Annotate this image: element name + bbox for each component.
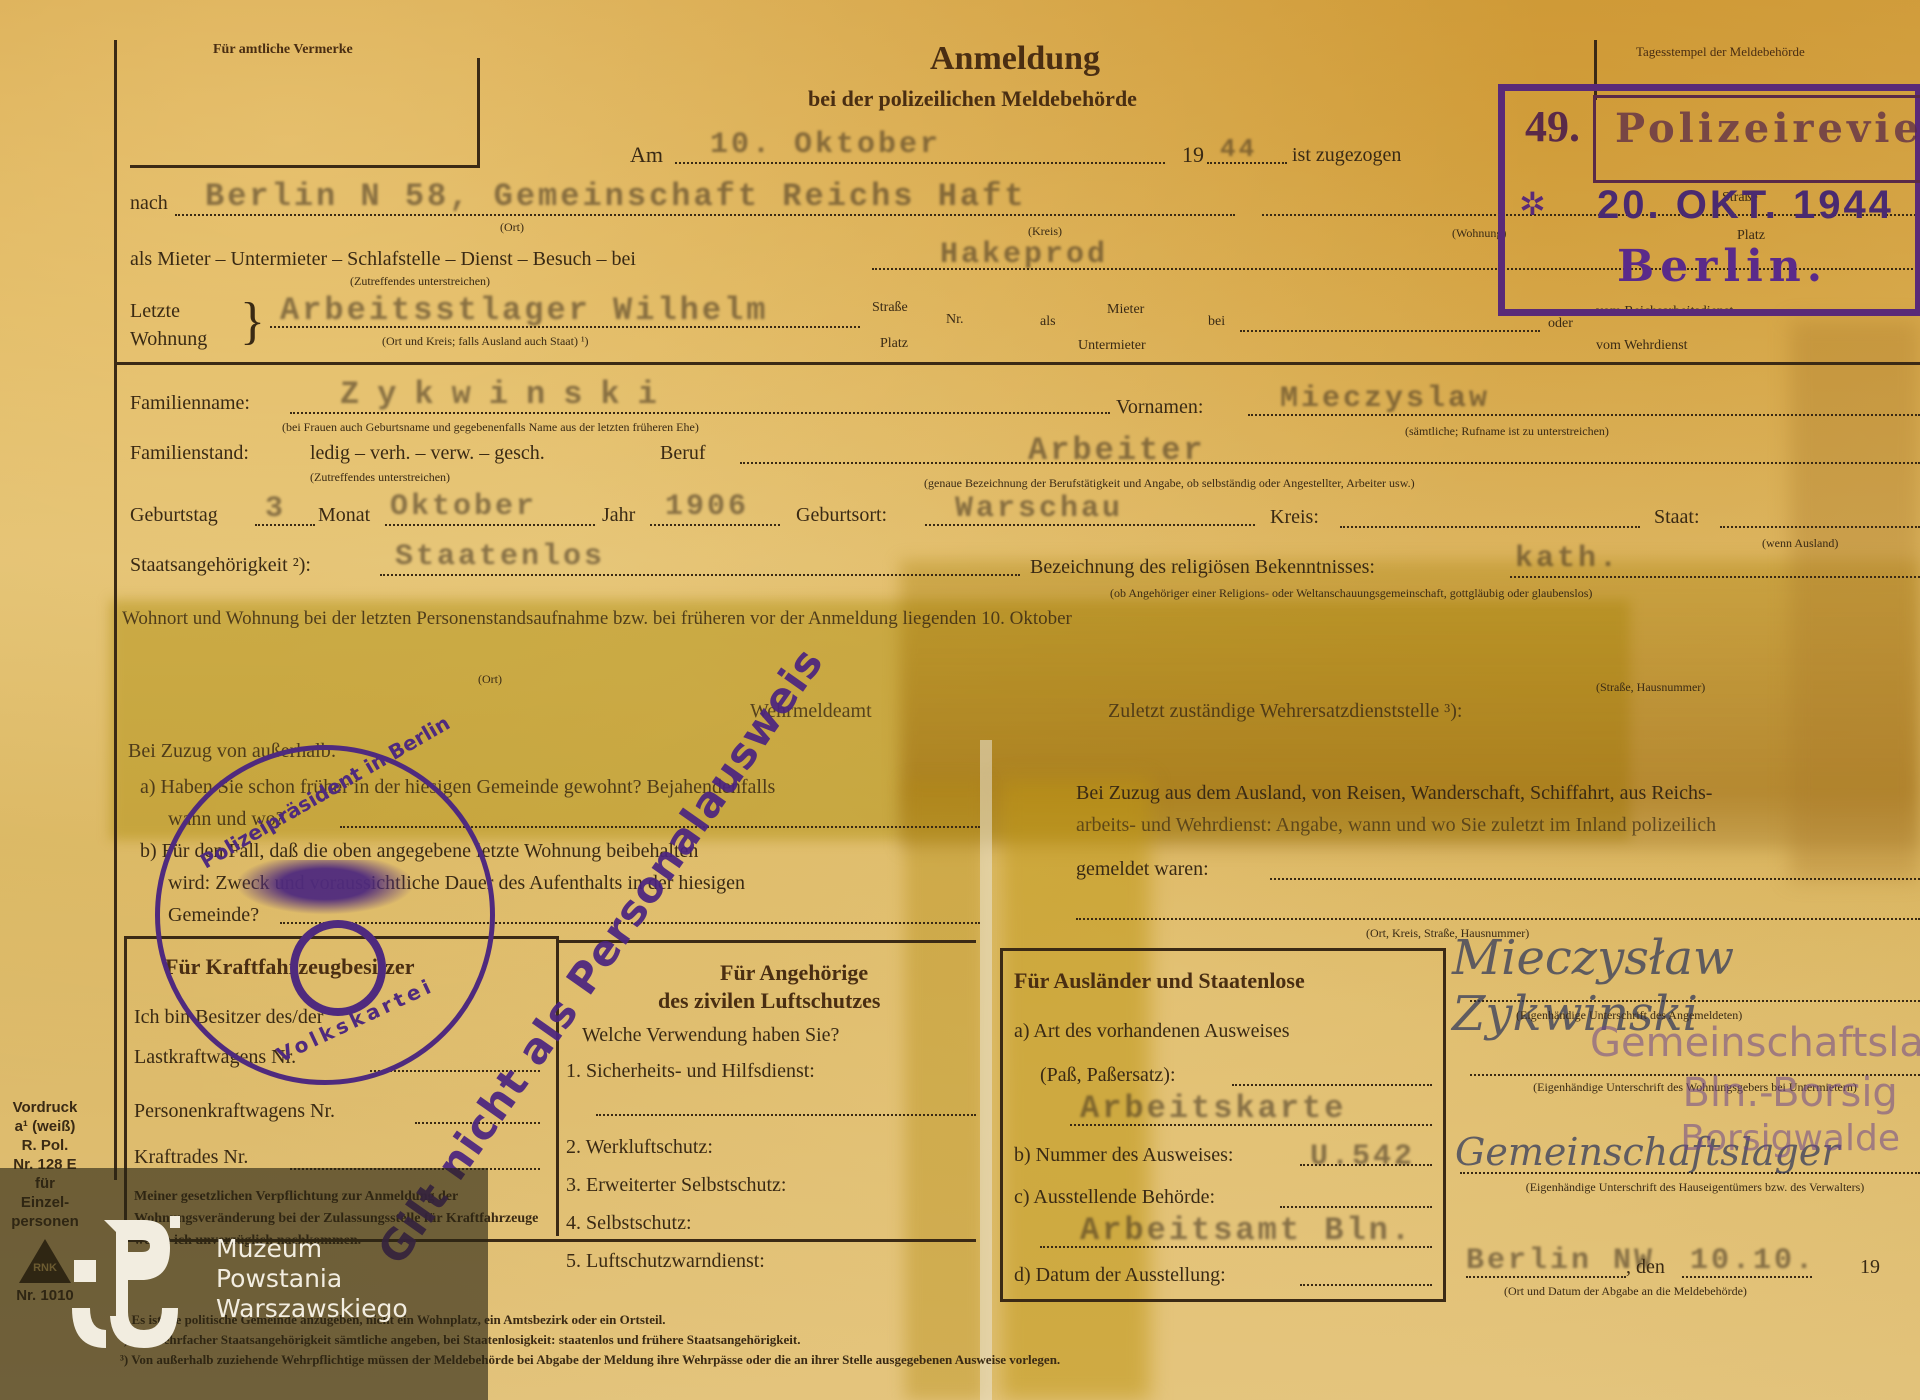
as-options-caption: (Zutreffendes unterstreichen) bbox=[350, 274, 490, 289]
office-box-right bbox=[477, 58, 480, 168]
date-stamp-city: Berlin. bbox=[1617, 241, 1828, 292]
religion-caption: (ob Angehöriger einer Religions- oder We… bbox=[1110, 586, 1592, 601]
page-subtitle: bei der polizeilichen Meldebehörde bbox=[808, 86, 1137, 112]
foreigner-a-caption: (Paß, Paßersatz): bbox=[1040, 1064, 1176, 1087]
eagle-emblem-icon bbox=[220, 860, 430, 920]
staat-label: Staat: bbox=[1654, 506, 1700, 529]
margin-line: Vordruck bbox=[4, 1098, 86, 1117]
air-defense-item-5: 5. Luftschutzwarndienst: bbox=[566, 1250, 765, 1273]
document-page: Für amtliche Vermerke Anmeldung bei der … bbox=[0, 0, 1920, 1400]
geburtsort-label: Geburtsort: bbox=[796, 504, 887, 527]
community-stamp-line3: Borsigwalde bbox=[1590, 1118, 1920, 1159]
zugezogen-label: ist zugezogen bbox=[1292, 144, 1401, 167]
air-defense-item-4: 4. Selbstschutz: bbox=[566, 1212, 692, 1235]
foreigner-box-title: Für Ausländer und Staatenlose bbox=[1014, 968, 1305, 994]
foreigner-c-line bbox=[1280, 1206, 1432, 1208]
geburtstag-label: Geburtstag bbox=[130, 504, 218, 527]
museum-name-line2: Powstania bbox=[216, 1264, 408, 1294]
lr-bei: bei bbox=[1208, 314, 1225, 330]
am-label: Am bbox=[630, 142, 663, 168]
staat-caption: (wenn Ausland) bbox=[1762, 536, 1838, 551]
jahr-label: Jahr bbox=[602, 504, 635, 527]
gemeldet-line bbox=[1270, 878, 1920, 880]
air-defense-item-3: 3. Erweiterter Selbstschutz: bbox=[566, 1174, 787, 1197]
lr-oder: oder bbox=[1548, 316, 1573, 332]
museum-name-line3: Warszawskiego bbox=[216, 1294, 408, 1324]
lr-als: als bbox=[1040, 314, 1056, 330]
paper-crease bbox=[980, 740, 992, 1400]
year-prefix: 19 bbox=[1182, 142, 1204, 168]
familienstand-caption: (Zutreffendes unterstreichen) bbox=[310, 470, 450, 485]
monat-label: Monat bbox=[318, 504, 370, 527]
lr-platz: Platz bbox=[880, 336, 908, 352]
foreigner-c-value: Arbeitsamt Bln. bbox=[1080, 1212, 1413, 1249]
community-stamp-line2: Bln.-Borsig bbox=[1590, 1070, 1920, 1116]
familienname-caption: (bei Frauen auch Geburtsname und gegeben… bbox=[282, 420, 699, 435]
census-line: Wohnort und Wohnung bei der letzten Pers… bbox=[122, 608, 1072, 630]
familienstand-label: Familienstand: bbox=[130, 442, 249, 465]
beruf-label: Beruf bbox=[660, 442, 706, 465]
foreigner-c-label: c) Ausstellende Behörde: bbox=[1014, 1186, 1215, 1209]
monat-line bbox=[385, 524, 595, 526]
foreigner-a-label: a) Art des vorhandenen Ausweises bbox=[1014, 1020, 1290, 1043]
air-defense-item-1: 1. Sicherheits- und Hilfsdienst: bbox=[566, 1060, 815, 1083]
jahr-value: 1906 bbox=[665, 490, 749, 524]
date-stamp-star: ✲ bbox=[1519, 185, 1546, 223]
office-box-bottom bbox=[130, 165, 480, 168]
staat-line bbox=[1720, 526, 1920, 528]
lr-untermieter: Untermieter bbox=[1078, 338, 1146, 354]
vornamen-caption: (sämtliche; Rufname ist zu unterstreiche… bbox=[1405, 424, 1609, 439]
kreis-caption: (Kreis) bbox=[1028, 224, 1062, 239]
margin-line: a¹ (weiß) bbox=[4, 1117, 86, 1136]
year-value: 44 bbox=[1220, 134, 1257, 164]
foreigner-d-label: d) Datum der Ausstellung: bbox=[1014, 1264, 1226, 1287]
brace: } bbox=[240, 296, 265, 348]
den-label: , den bbox=[1626, 1256, 1665, 1279]
lr-wehrdienst: vom Wehrdienst bbox=[1596, 338, 1688, 354]
air-defense-line-1 bbox=[596, 1114, 976, 1116]
foreigner-a-line bbox=[1232, 1084, 1432, 1086]
familienstand-options: ledig – verh. – verw. – gesch. bbox=[310, 442, 545, 465]
religion-value: kath. bbox=[1515, 542, 1620, 576]
monat-value: Oktober bbox=[390, 490, 537, 524]
abroad-line1: Bei Zuzug aus dem Ausland, von Reisen, W… bbox=[1076, 782, 1712, 805]
kotwica-anchor-icon bbox=[66, 1212, 186, 1352]
census-ort-caption: (Ort) bbox=[478, 672, 502, 687]
jahr-line bbox=[650, 524, 780, 526]
beruf-value: Arbeiter bbox=[1028, 432, 1206, 469]
air-defense-item-2: 2. Werkluftschutz: bbox=[566, 1136, 713, 1159]
lr-strasse: Straße bbox=[872, 300, 908, 316]
date-stamp-office: Polizeirevier bbox=[1615, 105, 1920, 152]
bei-value: Hakeprod bbox=[940, 238, 1108, 272]
stamp-box-label: Tagesstempel der Meldebehörde bbox=[1636, 44, 1805, 60]
air-defense-title-1: Für Angehörige bbox=[720, 960, 868, 986]
am-value: 10. Oktober bbox=[710, 128, 941, 162]
museum-name-line1: Muzeum bbox=[216, 1234, 408, 1264]
date-stamp-number: 49. bbox=[1525, 101, 1580, 152]
office-box-label: Für amtliche Vermerke bbox=[213, 42, 353, 58]
tape-mark-right bbox=[1790, 320, 1920, 880]
date-stamp-date: 20. OKT. 1944 bbox=[1597, 183, 1894, 228]
vornamen-label: Vornamen: bbox=[1116, 396, 1203, 419]
margin-line: R. Pol. bbox=[4, 1136, 86, 1155]
circle-stamp: Polizeipräsident in Berlin Volkskartei bbox=[155, 745, 495, 1085]
left-border bbox=[114, 40, 117, 1180]
religion-label: Bezeichnung des religiösen Bekenntnisses… bbox=[1030, 556, 1375, 579]
date-value: 10.10. bbox=[1690, 1244, 1816, 1278]
vornamen-value: Mieczyslaw bbox=[1280, 382, 1490, 416]
foreigner-b-label: b) Nummer des Ausweises: bbox=[1014, 1144, 1233, 1167]
section-divider-1 bbox=[114, 362, 1920, 365]
last-residence-label-1: Letzte bbox=[130, 300, 180, 323]
krad-label: Kraftrades Nr. bbox=[134, 1146, 248, 1169]
sig-hauseigentuemer-caption: (Eigenhändige Unterschrift des Hauseigen… bbox=[1500, 1180, 1890, 1195]
am-line bbox=[675, 162, 1165, 164]
nach-value: Berlin N 58, Gemeinschaft Reichs Haft bbox=[205, 178, 1027, 215]
wehrersatz-label: Zuletzt zuständige Wehrersatzdienststell… bbox=[1108, 700, 1462, 723]
lr-mieter: Mieter bbox=[1107, 302, 1144, 318]
community-stamp: Gemeinschaftslager Bln.-Borsig Borsigwal… bbox=[1590, 1020, 1920, 1159]
beruf-caption: (genaue Bezeichnung der Berufstätigkeit … bbox=[924, 476, 1415, 491]
date-stamp: 49. Polizeirevier ✲ 20. OKT. 1944 Berlin… bbox=[1498, 84, 1920, 316]
last-residence-caption: (Ort und Kreis; falls Ausland auch Staat… bbox=[382, 334, 589, 349]
kreis-label: Kreis: bbox=[1270, 506, 1319, 529]
page-title: Anmeldung bbox=[930, 40, 1100, 78]
beruf-line bbox=[740, 462, 1920, 464]
as-options: als Mieter – Untermieter – Schlafstelle … bbox=[130, 248, 636, 271]
kreis-line bbox=[1340, 526, 1640, 528]
staatsangehoerigkeit-value: Staatenlos bbox=[395, 540, 605, 574]
ort-caption: (Ort) bbox=[500, 220, 524, 235]
abroad-line2: arbeits- und Wehrdienst: Angabe, wann un… bbox=[1076, 814, 1716, 837]
museum-name: Muzeum Powstania Warszawskiego bbox=[216, 1234, 408, 1324]
gemeldet-line-2 bbox=[1076, 918, 1920, 920]
geburtstag-value: 3 bbox=[265, 492, 286, 526]
pkw-label: Personenkraftwagens Nr. bbox=[134, 1100, 335, 1123]
air-defense-title-2: des zivilen Luftschutzes bbox=[658, 988, 880, 1014]
air-defense-question: Welche Verwendung haben Sie? bbox=[582, 1024, 839, 1047]
last-residence-label-2: Wohnung bbox=[130, 328, 207, 351]
religion-line bbox=[1510, 576, 1920, 578]
place-date-caption: (Ort und Datum der Abgabe an die Meldebe… bbox=[1504, 1284, 1747, 1299]
gemeldet-label: gemeldet waren: bbox=[1076, 858, 1209, 881]
foreigner-d-line bbox=[1300, 1284, 1432, 1286]
lr-bei-line bbox=[1240, 330, 1540, 332]
geburtsort-value: Warschau bbox=[955, 492, 1123, 526]
census-strasse-caption: (Straße, Hausnummer) bbox=[1596, 680, 1705, 695]
date-year-prefix: 19 bbox=[1860, 1256, 1880, 1279]
museum-watermark: Muzeum Powstania Warszawskiego bbox=[0, 1168, 488, 1400]
nach-label: nach bbox=[130, 192, 168, 215]
foreigner-b-value: U.542 bbox=[1310, 1140, 1415, 1174]
last-residence-value: Arbeitsstlager Wilhelm bbox=[280, 292, 768, 329]
familienname-value: Zykwinski bbox=[340, 376, 675, 413]
staatsangehoerigkeit-line bbox=[380, 574, 1020, 576]
staatsangehoerigkeit-label: Staatsangehörigkeit ²): bbox=[130, 554, 311, 577]
circle-stamp-top-text: Polizeipräsident in Berlin bbox=[193, 709, 456, 875]
foreigner-a-value: Arbeitskarte bbox=[1080, 1090, 1346, 1127]
community-stamp-line1: Gemeinschaftslager bbox=[1590, 1020, 1920, 1066]
lr-nr: Nr. bbox=[946, 312, 964, 328]
familienname-label: Familienname: bbox=[130, 392, 250, 415]
